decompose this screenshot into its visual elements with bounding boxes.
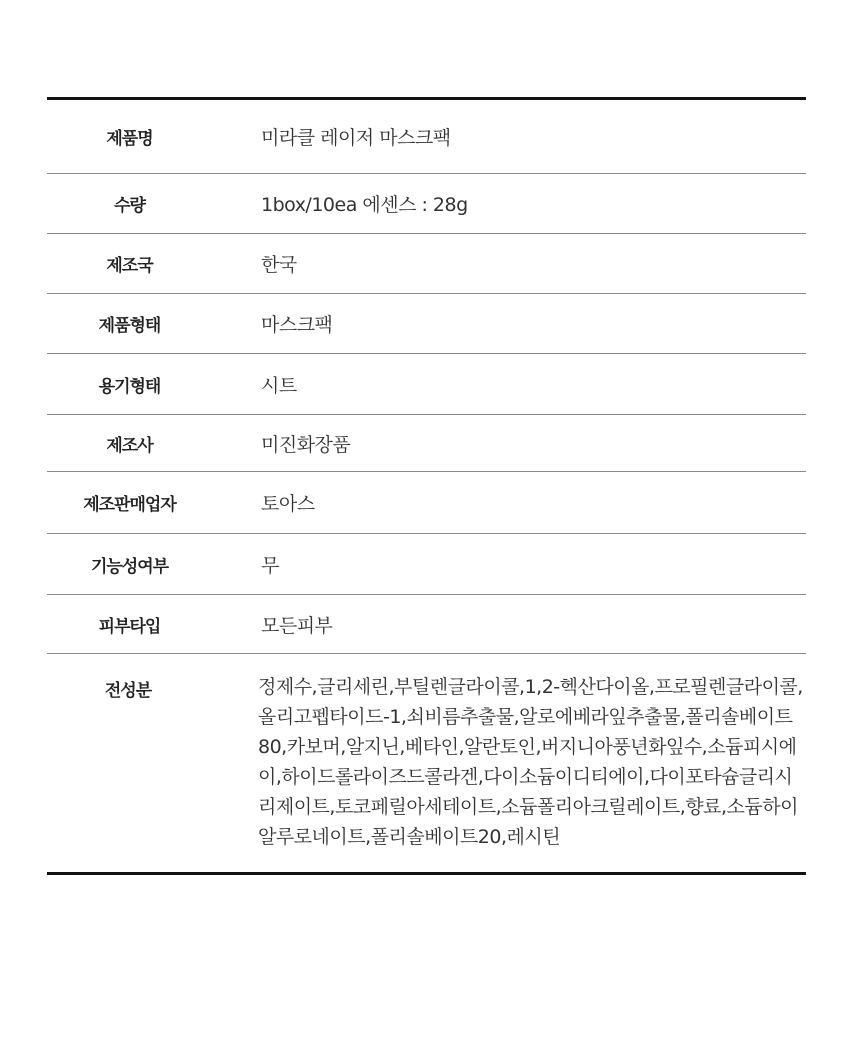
label-functional: 기능성여부 xyxy=(47,552,212,577)
value-product-type: 마스크팩 xyxy=(212,310,806,337)
row-product-name: 제품명 미라클 레이저 마스크팩 xyxy=(47,100,806,174)
row-skin-type: 피부타입 모든피부 xyxy=(47,595,806,654)
row-manufacturer: 제조사 미진화장품 xyxy=(47,415,806,472)
label-country: 제조국 xyxy=(47,251,212,276)
row-country: 제조국 한국 xyxy=(47,234,806,294)
value-country: 한국 xyxy=(212,250,806,277)
value-seller: 토아스 xyxy=(212,489,806,516)
row-container-type: 용기형태 시트 xyxy=(47,354,806,415)
label-product-type: 제품형태 xyxy=(47,311,212,336)
value-container-type: 시트 xyxy=(212,371,806,398)
row-quantity: 수량 1box/10ea 에센스 : 28g xyxy=(47,174,806,234)
value-skin-type: 모든피부 xyxy=(212,611,806,638)
label-quantity: 수량 xyxy=(47,191,212,216)
label-seller: 제조판매업자 xyxy=(47,490,212,515)
label-skin-type: 피부타입 xyxy=(47,612,212,637)
label-product-name: 제품명 xyxy=(47,124,212,149)
row-product-type: 제품형태 마스크팩 xyxy=(47,294,806,354)
value-ingredients: 정제수,글리세린,부틸렌글라이콜,1,2-헥산다이올,프로필렌글라이콜,올리고펩… xyxy=(209,672,806,852)
row-functional: 기능성여부 무 xyxy=(47,534,806,595)
row-seller: 제조판매업자 토아스 xyxy=(47,472,806,534)
product-info-table: 제품명 미라클 레이저 마스크팩 수량 1box/10ea 에센스 : 28g … xyxy=(47,97,806,875)
label-manufacturer: 제조사 xyxy=(47,431,212,456)
label-ingredients: 전성분 xyxy=(47,672,209,701)
row-ingredients: 전성분 정제수,글리세린,부틸렌글라이콜,1,2-헥산다이올,프로필렌글라이콜,… xyxy=(47,654,806,872)
value-quantity: 1box/10ea 에센스 : 28g xyxy=(212,190,806,217)
label-container-type: 용기형태 xyxy=(47,372,212,397)
value-product-name: 미라클 레이저 마스크팩 xyxy=(212,123,806,150)
value-manufacturer: 미진화장품 xyxy=(212,430,806,457)
value-functional: 무 xyxy=(212,551,806,578)
